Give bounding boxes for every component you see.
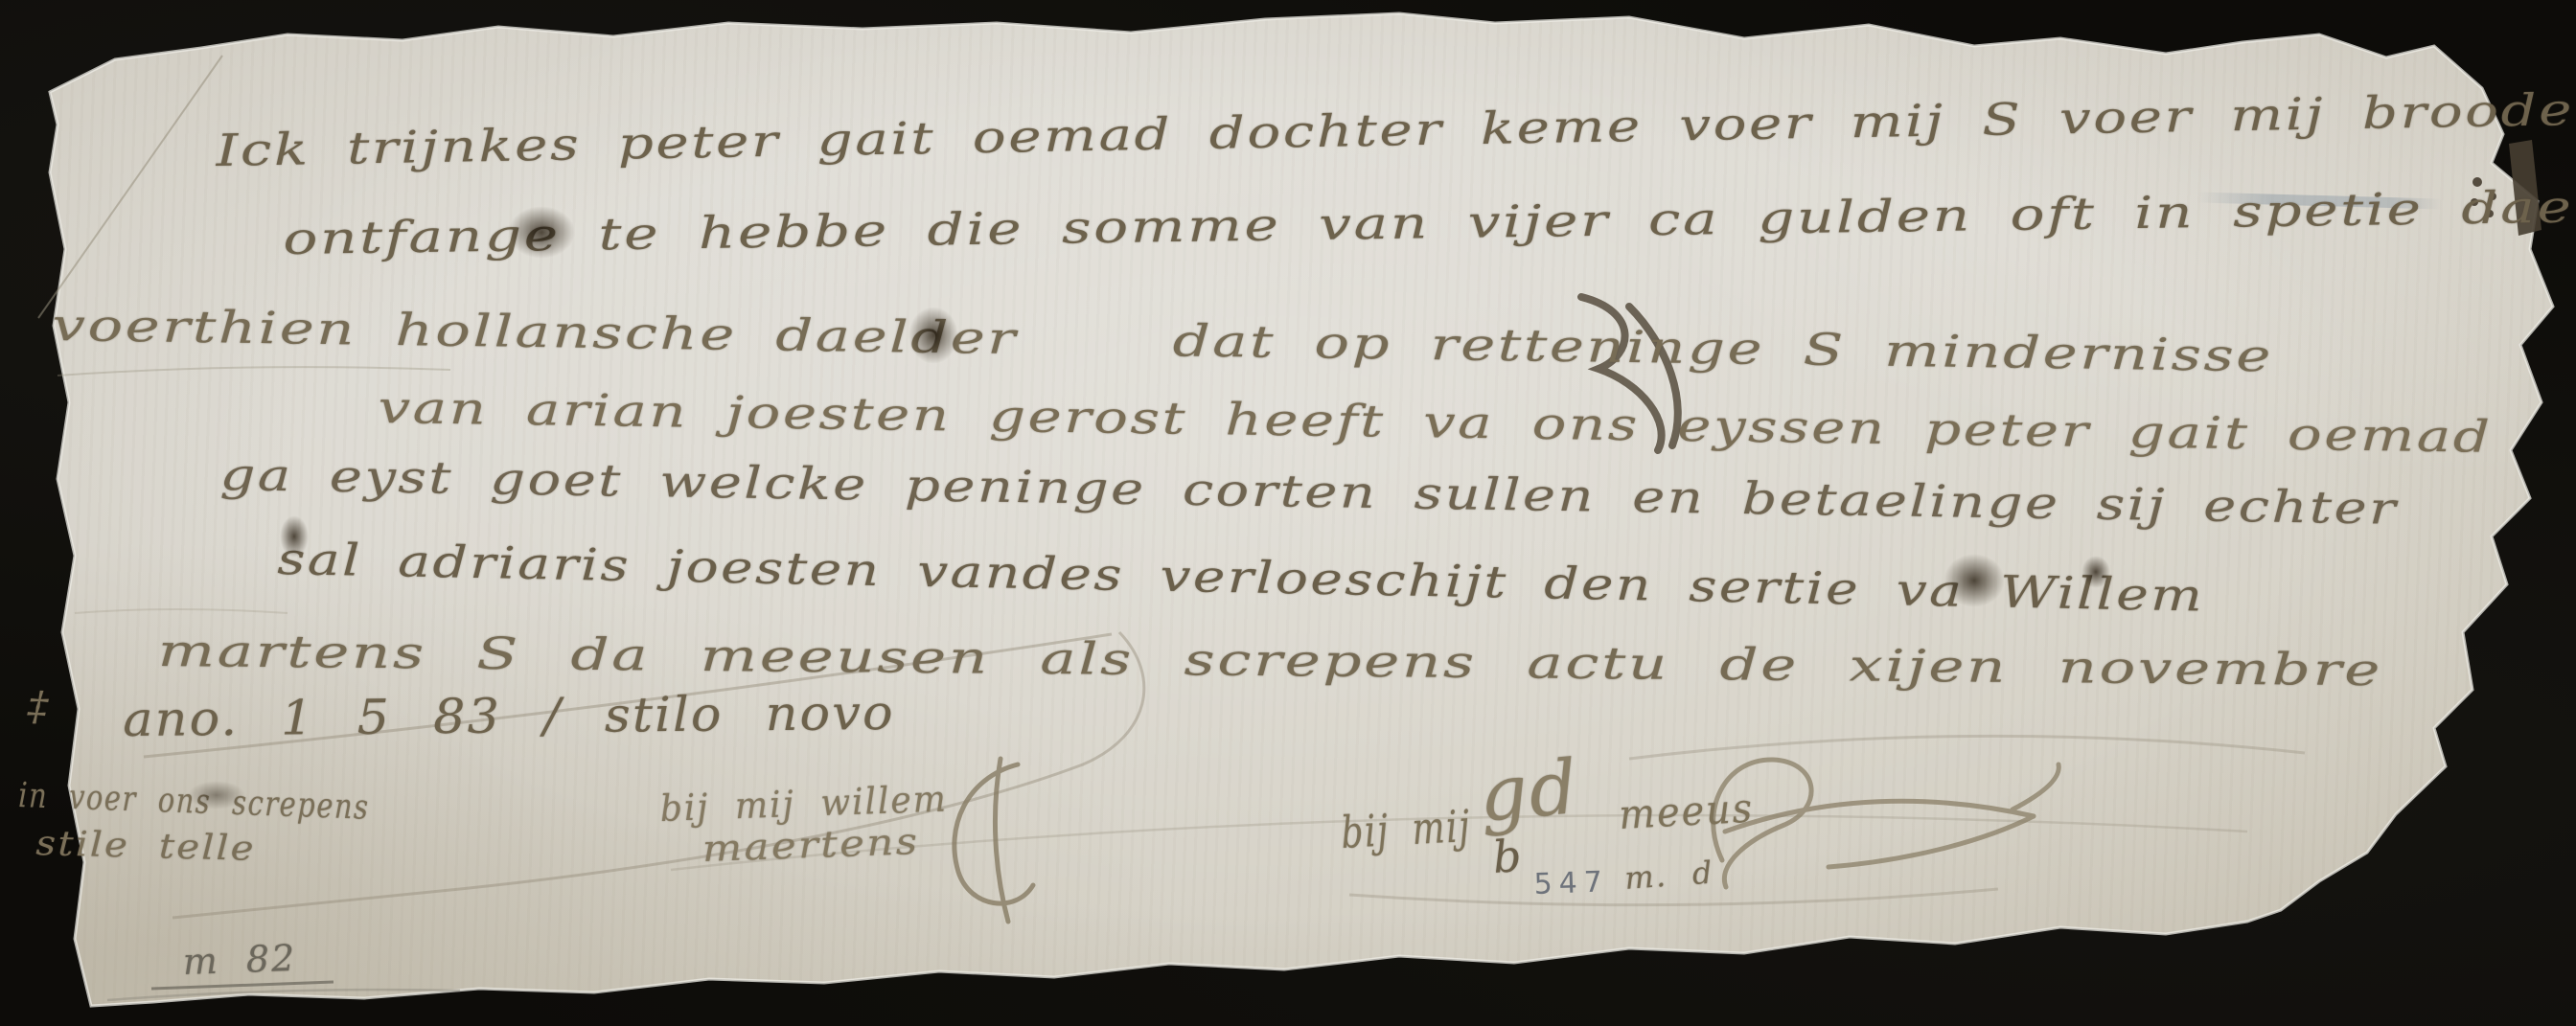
ink-blot — [2081, 556, 2110, 588]
ink-blot — [508, 206, 575, 259]
signature-meeus-initials: gd — [1476, 744, 1582, 839]
archival-number-pencil: 547 — [1533, 865, 1609, 901]
side-note-line-2: stile telle — [35, 824, 256, 869]
margin-cross-mark: ‡ — [27, 682, 51, 730]
ink-blot — [1943, 554, 2005, 607]
photo-backdrop: Ick trijnkes peter gait oemad dochter ke… — [0, 0, 2576, 1026]
ink-blot — [280, 515, 309, 558]
signature-meeus-prefix: bij mij — [1340, 800, 1472, 858]
tally-mark: m 82 — [182, 937, 297, 983]
ink-blot — [188, 781, 245, 809]
ink-mark-md: m. d — [1623, 855, 1715, 897]
signature-willem-line-2: maertens — [701, 820, 920, 870]
ink-letter-b: b — [1491, 830, 1525, 883]
ink-blot — [908, 307, 958, 364]
date-line: ano. 1 5 83 / stilo novo — [123, 685, 895, 747]
signature-meeus-name: meeus — [1618, 785, 1755, 838]
